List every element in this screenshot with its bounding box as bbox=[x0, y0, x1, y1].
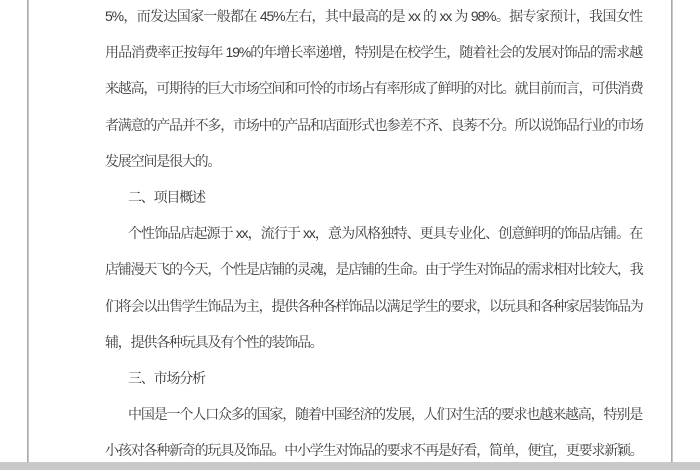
text-line: 发展空间是很大的。 bbox=[105, 143, 642, 179]
text-line: 来越高，可期待的巨大市场空间和可怜的市场占有率形成了鲜明的对比。就目前而言，可供… bbox=[105, 70, 642, 106]
section-heading: 二、项目概述 bbox=[105, 179, 642, 215]
text-line: 5%，而发达国家一般都在 45%左右，其中最高的是 xx 的 xx 为 98%。… bbox=[105, 0, 642, 34]
text-line: 用品消费率正按每年 19%的年增长率递增，特别是在校学生，随着社会的发展对饰品的… bbox=[105, 34, 642, 70]
text-line: 店铺漫天飞的今天，个性是店铺的灵魂，是店铺的生命。由于学生对饰品的需求相对比较大… bbox=[105, 251, 642, 287]
text-line: 者满意的产品并不多，市场中的产品和店面形式也参差不齐、良莠不分。所以说饰品行业的… bbox=[105, 107, 642, 143]
text-line: 个性饰品店起源于 xx，流行于 xx，意为风格独特、更具专业化、创意鲜明的饰品店… bbox=[105, 215, 642, 251]
text-line: 们将会以出售学生饰品为主，提供各种各样饰品以满足学生的要求，以玩具和各种家居装饰… bbox=[105, 288, 642, 324]
text-line: 小孩对各种新奇的玩具及饰品。中小学生对饰品的要求不再是好看，简单，便宜，更要求新… bbox=[105, 432, 642, 468]
section-heading: 三、市场分析 bbox=[105, 360, 642, 396]
document-page: 5%，而发达国家一般都在 45%左右，其中最高的是 xx 的 xx 为 98%。… bbox=[0, 0, 700, 470]
page-edge-left-line bbox=[27, 0, 29, 463]
text-line: 辅，提供各种玩具及有个性的装饰品。 bbox=[105, 324, 642, 360]
page-edge-right-line bbox=[671, 0, 673, 463]
text-line: 中国是一个人口众多的国家，随着中国经济的发展，人们对生活的要求也越来越高，特别是 bbox=[105, 396, 642, 432]
document-text: 5%，而发达国家一般都在 45%左右，其中最高的是 xx 的 xx 为 98%。… bbox=[105, 0, 642, 468]
